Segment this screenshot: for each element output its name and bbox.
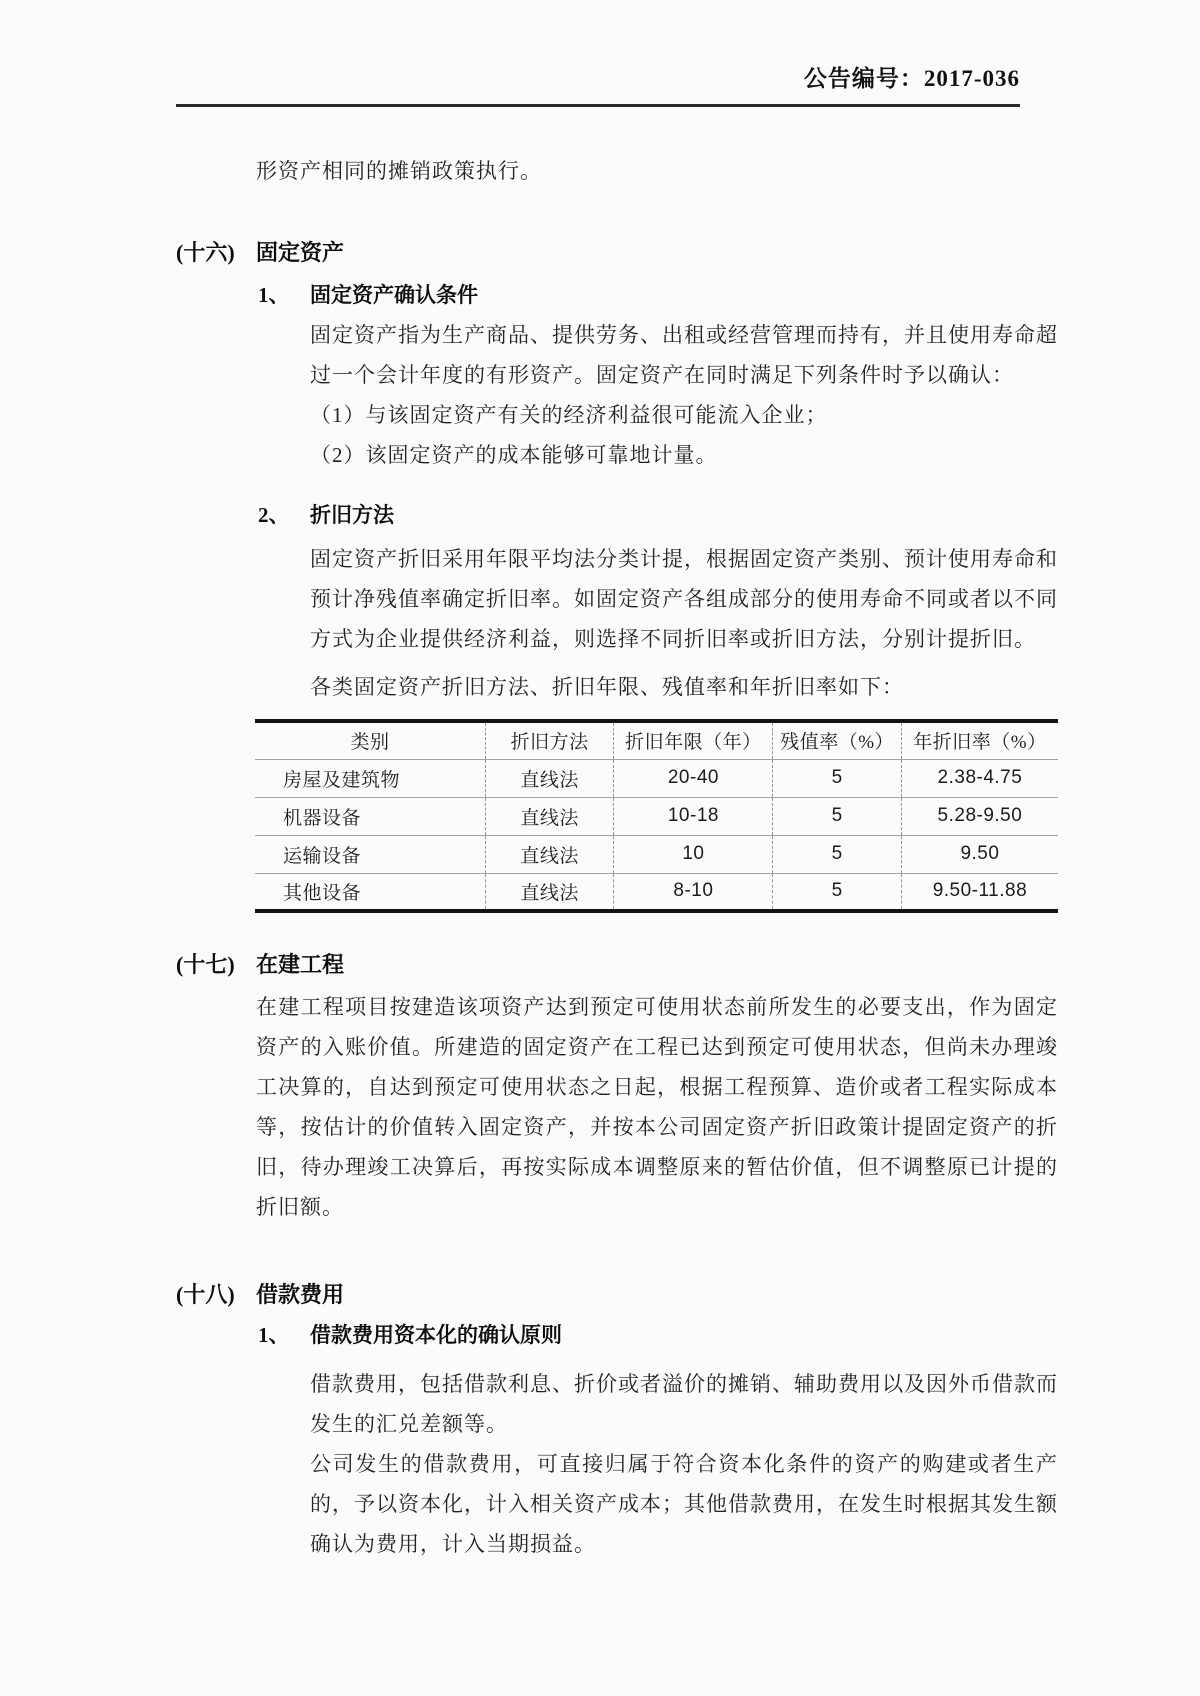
table-cell: 10 [614, 835, 773, 873]
table-header-years: 折旧年限（年） [614, 721, 773, 759]
subsection-16-1-title: 固定资产确认条件 [310, 283, 478, 307]
subsection-16-2-number: 2、 [258, 499, 310, 531]
table-cell: 10-18 [614, 797, 773, 835]
section-16-heading: (十六)固定资产 [176, 237, 1200, 269]
paragraph-18-1-1: 借款费用，包括借款利息、折价或者溢价的摊销、辅助费用以及因外币借款而发生的汇兑差… [310, 1364, 1058, 1444]
table-cell: 5.28-9.50 [901, 797, 1058, 835]
paragraph-16-1-1: 固定资产指为生产商品、提供劳务、出租或经营管理而持有，并且使用寿命超过一个会计年… [310, 315, 1058, 395]
table-cell: 直线法 [485, 759, 613, 797]
table-cell: 直线法 [485, 873, 613, 911]
table-cell: 直线法 [485, 835, 613, 873]
subsection-18-1-number: 1、 [258, 1319, 310, 1351]
table-row: 房屋及建筑物 直线法 20-40 5 2.38-4.75 [255, 759, 1058, 797]
table-row: 机器设备 直线法 10-18 5 5.28-9.50 [255, 797, 1058, 835]
table-cell: 5 [773, 835, 901, 873]
doc-number: 公告编号：2017-036 [804, 66, 1020, 91]
table-cell: 5 [773, 759, 901, 797]
table-cell: 20-40 [614, 759, 773, 797]
section-16-number: (十六) [176, 237, 256, 269]
table-header-method: 折旧方法 [485, 721, 613, 759]
table-header-row: 类别 折旧方法 折旧年限（年） 残值率（%） 年折旧率（%） [255, 721, 1058, 759]
subsection-18-1-heading: 1、借款费用资本化的确认原则 [258, 1319, 1200, 1351]
table-cell: 2.38-4.75 [901, 759, 1058, 797]
subsection-16-2-title: 折旧方法 [310, 503, 394, 527]
table-cell: 运输设备 [255, 835, 485, 873]
continuation-line: 形资产相同的摊销政策执行。 [256, 151, 1058, 191]
paragraph-16-1-3: （2）该固定资产的成本能够可靠地计量。 [310, 435, 1058, 475]
table-header-residual: 残值率（%） [773, 721, 901, 759]
table-row: 其他设备 直线法 8-10 5 9.50-11.88 [255, 873, 1058, 911]
table-cell: 其他设备 [255, 873, 485, 911]
paragraph-16-2-1: 固定资产折旧采用年限平均法分类计提，根据固定资产类别、预计使用寿命和预计净残值率… [310, 539, 1058, 659]
section-17-number: (十七) [176, 949, 256, 981]
table-cell: 5 [773, 873, 901, 911]
subsection-16-1-heading: 1、固定资产确认条件 [258, 279, 1200, 311]
table-row: 运输设备 直线法 10 5 9.50 [255, 835, 1058, 873]
section-17-heading: (十七)在建工程 [176, 949, 1200, 981]
table-cell: 房屋及建筑物 [255, 759, 485, 797]
section-16-title: 固定资产 [256, 240, 344, 265]
table-cell: 机器设备 [255, 797, 485, 835]
section-18-title: 借款费用 [256, 1282, 344, 1307]
subsection-16-2-heading: 2、折旧方法 [258, 499, 1200, 531]
table-cell: 5 [773, 797, 901, 835]
subsection-16-1-number: 1、 [258, 279, 310, 311]
paragraph-16-1-2: （1）与该固定资产有关的经济利益很可能流入企业； [310, 395, 1058, 435]
paragraph-18-1-2: 公司发生的借款费用，可直接归属于符合资本化条件的资产的购建或者生产的，予以资本化… [310, 1444, 1058, 1564]
table-cell: 9.50 [901, 835, 1058, 873]
depreciation-table: 类别 折旧方法 折旧年限（年） 残值率（%） 年折旧率（%） 房屋及建筑物 直线… [255, 719, 1058, 913]
section-18-number: (十八) [176, 1279, 256, 1311]
section-17-title: 在建工程 [256, 952, 344, 977]
table-header-category: 类别 [255, 721, 485, 759]
table-header-annual-rate: 年折旧率（%） [901, 721, 1058, 759]
table-cell: 9.50-11.88 [901, 873, 1058, 911]
document-page: 公告编号：2017-036 形资产相同的摊销政策执行。 (十六)固定资产 1、固… [0, 0, 1200, 1696]
table-cell: 直线法 [485, 797, 613, 835]
subsection-18-1-title: 借款费用资本化的确认原则 [310, 1323, 562, 1347]
paragraph-16-2-2: 各类固定资产折旧方法、折旧年限、残值率和年折旧率如下： [310, 667, 1058, 707]
section-18-heading: (十八)借款费用 [176, 1279, 1200, 1311]
paragraph-17-1: 在建工程项目按建造该项资产达到预定可使用状态前所发生的必要支出，作为固定资产的入… [256, 987, 1058, 1227]
doc-header: 公告编号：2017-036 [176, 0, 1020, 107]
table-cell: 8-10 [614, 873, 773, 911]
